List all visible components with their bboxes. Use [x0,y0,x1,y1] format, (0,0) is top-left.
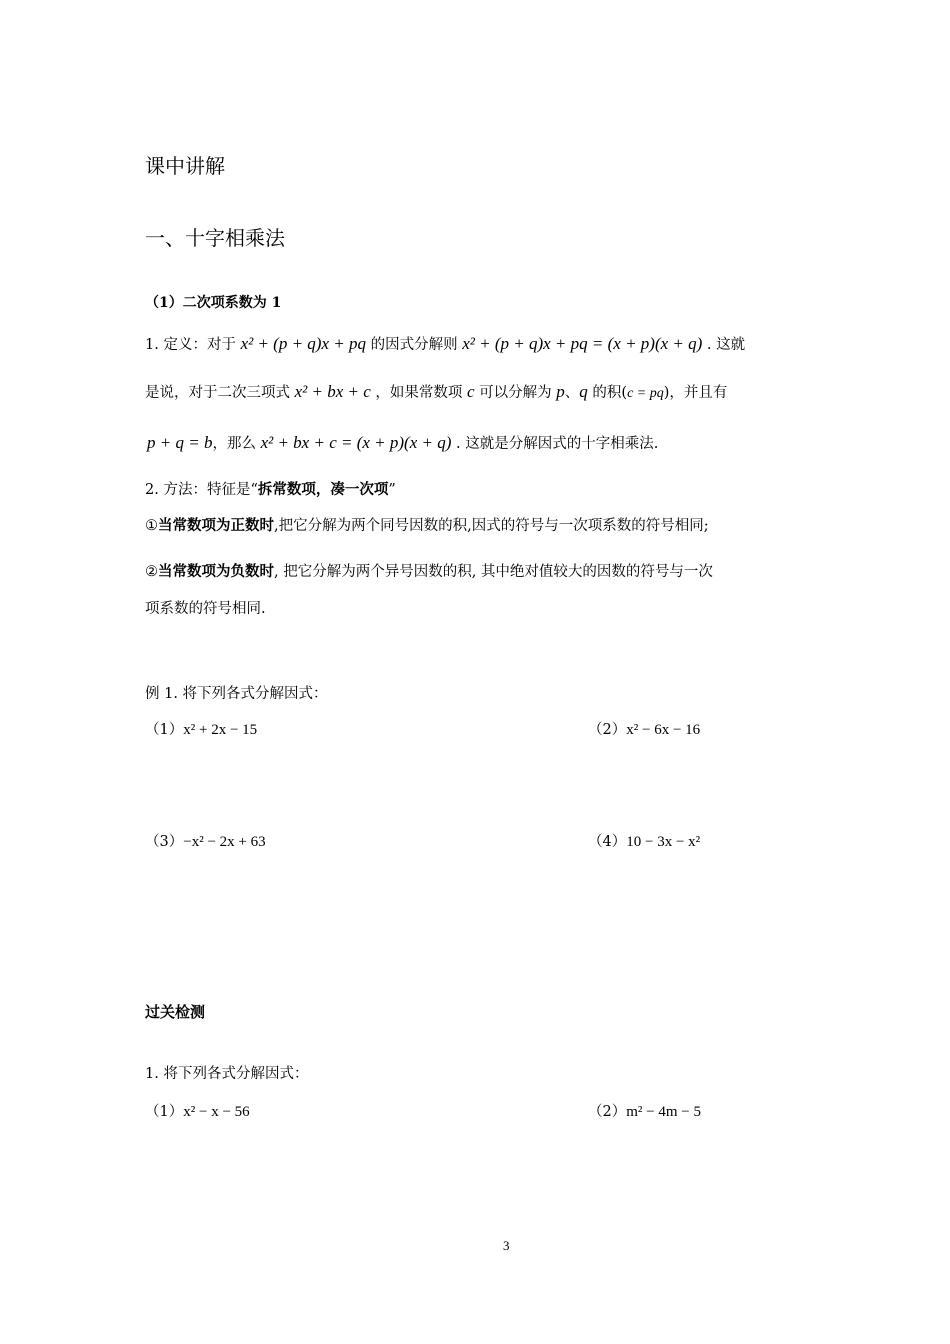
method-line: 2. 方法：特征是“拆常数项，凑一次项” [145,478,396,499]
def-text: ，那么 [212,436,256,452]
formula: x² + bx + c [295,382,371,401]
formula: p + q = b [147,433,212,452]
formula: −x² − 2x + 63 [183,834,265,850]
def-text: 的因式分解则 [371,337,458,353]
definition-line-1: 1. 定义：对于 x² + (p + q)x + pq 的因式分解则 x² + … [145,333,745,354]
rule-emphasis: 当常数项为负数时 [158,563,274,580]
item-label: （1） [145,722,183,738]
checkpoint-question: 1. 将下列各式分解因式： [145,1062,308,1083]
rule-2-continued: 项系数的符号相同. [145,597,266,618]
item-label: （4） [588,834,626,850]
def-text: )，并且有 [664,385,728,401]
example-item-2: （2）x² − 6x − 16 [588,718,700,739]
formula: c [467,382,475,401]
item-label: （2） [588,1104,626,1120]
def-text: 1. 定义：对于 [145,337,236,353]
section-title: 课中讲解 [145,150,225,179]
checkpoint-title: 过关检测 [145,1001,205,1022]
formula: m² − 4m − 5 [626,1104,701,1120]
formula: x² + bx + c = (x + p)(x + q) [261,433,452,452]
example-item-4: （4）10 − 3x − x² [588,830,700,851]
formula: x² + 2x − 15 [183,722,257,738]
item-label: （1） [145,1104,183,1120]
formula: 10 − 3x − x² [626,834,700,850]
method-text: 2. 方法：特征是“ [145,482,258,498]
rule-2: ②当常数项为负数时, 把它分解为两个异号因数的积, 其中绝对值较大的因数的符号与… [145,560,713,581]
def-text: 、 [565,385,580,401]
rule-1: ①当常数项为正数时,把它分解为两个同号因数的积,因式的符号与一次项系数的符号相同… [145,514,709,535]
rule-emphasis: 当常数项为正数时 [158,517,274,534]
def-text: 的积( [592,385,627,401]
checkpoint-item-1: （1）x² − x − 56 [145,1100,250,1121]
circled-number-1: ① [145,518,158,534]
item-label: （2） [588,722,626,738]
def-text: 是说，对于二次三项式 [145,385,290,401]
formula: q [579,382,588,401]
example-title: 例 1. 将下列各式分解因式： [145,682,328,703]
formula: x² + (p + q)x + pq = (x + p)(x + q) [462,334,702,353]
def-text: ，如果常数项 [375,385,462,401]
definition-line-2: 是说，对于二次三项式 x² + bx + c ，如果常数项 c 可以分解为 p、… [145,381,727,402]
item-label: （3） [145,834,183,850]
formula: x² − x − 56 [183,1104,249,1120]
def-text: . 这就 [707,337,745,353]
heading: 一、十字相乘法 [145,222,285,251]
example-item-1: （1）x² + 2x − 15 [145,718,257,739]
formula: x² + (p + q)x + pq [241,334,366,353]
circled-number-2: ② [145,564,158,580]
subheading: （1）二次项系数为 1 [145,292,281,312]
def-text: . 这就是分解因式的十字相乘法. [456,436,658,452]
definition-line-3: p + q = b，那么 x² + bx + c = (x + p)(x + q… [147,432,658,453]
rule-text: , 把它分解为两个异号因数的积, 其中绝对值较大的因数的符号与一次 [274,564,713,580]
rule-text: ,把它分解为两个同号因数的积,因式的符号与一次项系数的符号相同; [274,518,709,534]
formula: c = pq [627,386,664,401]
method-emphasis: 拆常数项，凑一次项 [258,481,389,498]
example-item-3: （3）−x² − 2x + 63 [145,830,266,851]
method-text: ” [388,482,395,498]
checkpoint-item-2: （2）m² − 4m − 5 [588,1100,701,1121]
formula: p [556,382,565,401]
formula: x² − 6x − 16 [626,722,700,738]
page-number: 3 [503,1238,510,1254]
def-text: 可以分解为 [479,385,552,401]
